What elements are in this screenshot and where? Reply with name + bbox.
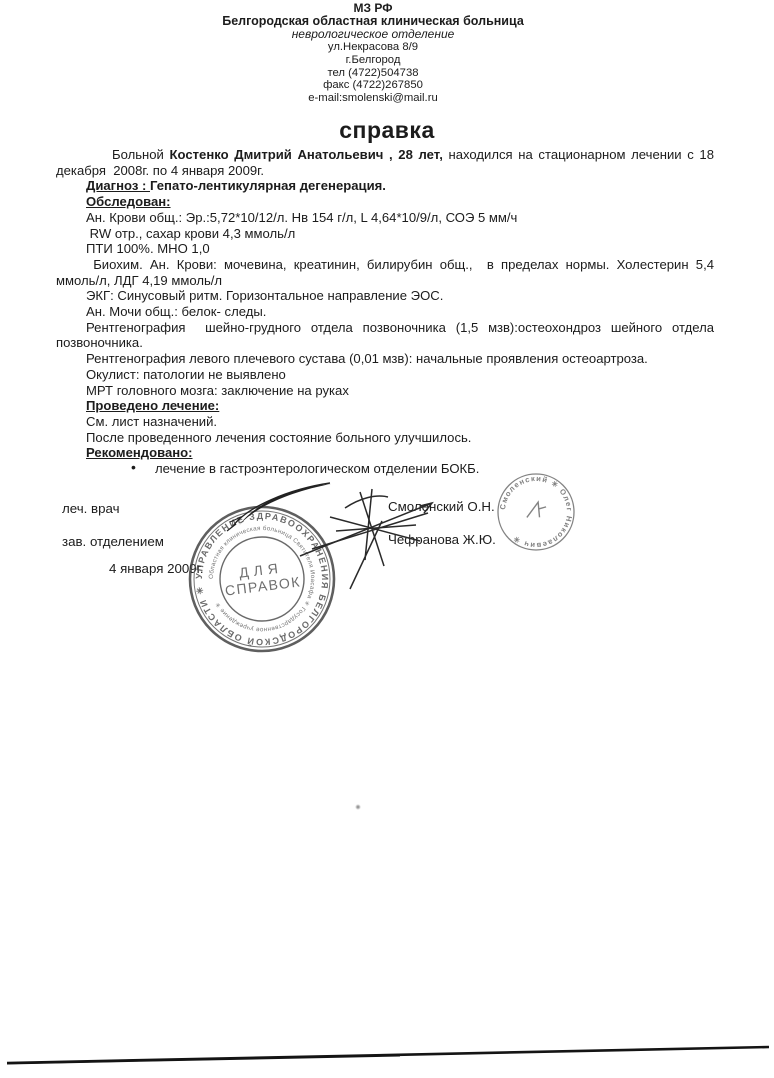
fax-line: факс (4722)267850 bbox=[0, 79, 760, 92]
bullet-icon: • bbox=[131, 460, 136, 476]
stamp-center-line2: СПРАВОК bbox=[224, 573, 302, 598]
address-street: ул.Некрасова 8/9 bbox=[0, 41, 760, 54]
scanned-certificate-page: МЗ РФ Белгородская областная клиническая… bbox=[0, 0, 774, 1078]
scan-edge-line bbox=[7, 1047, 769, 1064]
finding-rw-sugar: RW отр., сахар крови 4,3 ммоль/л bbox=[56, 226, 714, 242]
recommendation-item: •лечение в гастроэнтерологическом отделе… bbox=[56, 461, 714, 477]
patient-lead: Больной bbox=[112, 147, 170, 162]
finding-ecg: ЭКГ: Синусовый ритм. Горизонтальное напр… bbox=[56, 288, 714, 304]
scan-speck bbox=[355, 804, 361, 810]
document-title: справка bbox=[0, 117, 774, 144]
finding-blood: Ан. Крови общ.: Эр.:5,72*10/12/л. Нв 154… bbox=[56, 210, 714, 226]
svg-text:Областная клиническая больница: Областная клиническая больница Святителя… bbox=[208, 525, 316, 633]
finding-oculist: Окулист: патологии не выявлено bbox=[56, 367, 714, 383]
examined-heading: Обследован: bbox=[56, 194, 714, 210]
letterhead: МЗ РФ Белгородская областная клиническая… bbox=[0, 2, 760, 105]
phone-line: тел (4722)504738 bbox=[0, 67, 760, 80]
attending-doctor-name: Смоленский О.Н. bbox=[388, 499, 495, 514]
recommendation-text: лечение в гастроэнтерологическом отделен… bbox=[155, 461, 479, 476]
attending-doctor-label: леч. врач bbox=[62, 501, 120, 516]
email-line: e-mail:smolenski@mail.ru bbox=[0, 92, 760, 105]
doctor-stamp-signature-mark bbox=[527, 500, 547, 522]
head-of-department-name: Чефранова Ж.Ю. bbox=[388, 532, 496, 547]
hospital-name: Белгородская областная клиническая больн… bbox=[0, 15, 760, 28]
department-name: неврологическое отделение bbox=[0, 28, 760, 41]
doctor-stamp-ring-text: Смоленский ✳ Олег Николаевич ✳ bbox=[498, 474, 574, 550]
finding-xray-shoulder: Рентгенография левого плечевого сустава … bbox=[56, 351, 714, 367]
finding-urine: Ан. Мочи общ.: белок- следы. bbox=[56, 304, 714, 320]
head-of-department-label: зав. отделением bbox=[62, 534, 164, 549]
treatment-line-2: После проведенного лечения состояние бол… bbox=[56, 430, 714, 446]
stamp-center-line1: ДЛЯ bbox=[238, 559, 283, 580]
finding-xray-spine: Рентгенография шейно-грудного отдела поз… bbox=[56, 320, 714, 351]
patient-paragraph: Больной Костенко Дмитрий Анатольевич , 2… bbox=[56, 147, 714, 178]
treatment-line-1: См. лист назначений. bbox=[56, 414, 714, 430]
document-body: Больной Костенко Дмитрий Анатольевич , 2… bbox=[56, 147, 714, 477]
stamp-inner-ring-text: Областная клиническая больница Святителя… bbox=[208, 525, 316, 633]
finding-biochem: Биохим. Ан. Крови: мочевина, креатинин, … bbox=[56, 257, 714, 288]
ministry-line: МЗ РФ bbox=[0, 2, 760, 15]
svg-text:УПРАВЛЕНИЕ ЗДРАВООХРАНЕНИЯ БЕЛ: УПРАВЛЕНИЕ ЗДРАВООХРАНЕНИЯ БЕЛГОРОДСКОЙ … bbox=[194, 511, 330, 648]
finding-mrt: МРТ головного мозга: заключение на руках bbox=[56, 383, 714, 399]
patient-name: Костенко Дмитрий Анатольевич , 28 лет, bbox=[170, 147, 443, 162]
finding-pti-mno: ПТИ 100%. МНО 1,0 bbox=[56, 241, 714, 257]
attending-signature-flourish bbox=[227, 483, 331, 531]
svg-text:Смоленский ✳ Олег Николаевич ✳: Смоленский ✳ Олег Николаевич ✳ bbox=[498, 474, 574, 550]
recommended-heading: Рекомендовано: bbox=[56, 445, 714, 461]
issue-date: 4 января 2009г. bbox=[109, 561, 204, 576]
treatment-heading: Проведено лечение: bbox=[56, 398, 714, 414]
address-city: г.Белгород bbox=[0, 54, 760, 67]
diagnosis-line: Диагноз : Гепато-лентикулярная дегенерац… bbox=[56, 178, 714, 194]
diagnosis-label: Диагноз : bbox=[86, 178, 150, 193]
doctor-personal-stamp: Смоленский ✳ Олег Николаевич ✳ bbox=[494, 470, 578, 554]
stamp-outer-ring-text: УПРАВЛЕНИЕ ЗДРАВООХРАНЕНИЯ БЕЛГОРОДСКОЙ … bbox=[194, 511, 330, 648]
diagnosis-value: Гепато-лентикулярная дегенерация. bbox=[150, 178, 386, 193]
round-stamp-for-certificates: УПРАВЛЕНИЕ ЗДРАВООХРАНЕНИЯ БЕЛГОРОДСКОЙ … bbox=[186, 503, 338, 655]
